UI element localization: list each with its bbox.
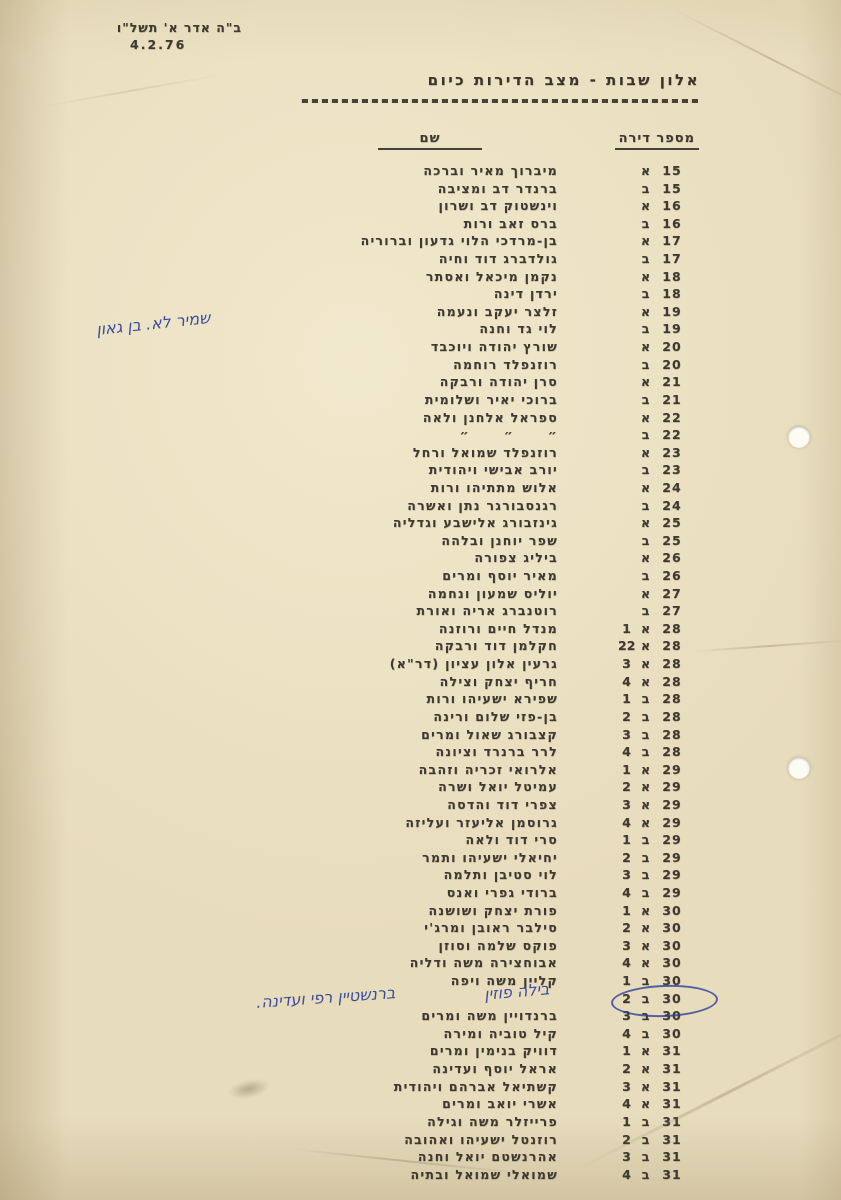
- apartment-sub-number: [618, 268, 635, 286]
- apartment-entrance-letter: א: [635, 197, 656, 215]
- apartment-sub-number: 1: [618, 1113, 635, 1131]
- apartment-entrance-letter: ב: [635, 1148, 656, 1166]
- apartment-sub-number: 3: [618, 866, 635, 884]
- row-name: זלצר יעקב ונעמה: [437, 303, 558, 321]
- numeric-date: 4.2.76: [102, 37, 242, 52]
- row-name: אלוש מתתיהו ורות: [431, 479, 558, 497]
- apartment-sub-number: [618, 391, 635, 409]
- list-item: אראל יוסף ועדינה 2 א 31: [0, 1060, 841, 1078]
- row-name: גולדברג דוד וחיה: [439, 250, 558, 268]
- apartment-entrance-letter: ב: [635, 320, 656, 338]
- row-name: צפרי דוד והדסה: [447, 796, 558, 814]
- apartment-entrance-letter: ב: [635, 602, 656, 620]
- apartment-number: 23: [656, 444, 688, 462]
- row-name: אבוחצירה משה ודליה: [410, 954, 558, 972]
- row-apartment: 1 א 28: [618, 620, 708, 638]
- apartment-number: 29: [656, 796, 688, 814]
- apartment-number: 31: [656, 1095, 688, 1113]
- row-apartment: ב 22: [618, 426, 708, 444]
- row-name: בן-פזי שלום ורינה: [433, 708, 558, 726]
- apartment-number: 18: [656, 285, 688, 303]
- apartment-sub-number: [618, 409, 635, 427]
- row-name: וינשטוק דב ושרון: [439, 197, 558, 215]
- row-apartment: ב 18: [618, 285, 708, 303]
- apartment-sub-number: 1: [618, 761, 635, 779]
- row-apartment: 3 ב 31: [618, 1148, 708, 1166]
- row-name: קצבורג שאול ומרים: [421, 726, 558, 744]
- apartment-number: 28: [656, 708, 688, 726]
- list-item: פורת יצחק ושושנה 1 א 30: [0, 902, 841, 920]
- apartment-entrance-letter: א: [635, 338, 656, 356]
- apartment-sub-number: 1: [618, 902, 635, 920]
- apartment-entrance-letter: א: [635, 373, 656, 391]
- apartment-sub-number: [618, 461, 635, 479]
- apartment-sub-number: 3: [618, 726, 635, 744]
- row-name: קשתיאל אברהם ויהודית: [394, 1078, 558, 1096]
- apartment-sub-number: [618, 285, 635, 303]
- list-item: פוקס שלמה וסוזן 3 א 30: [0, 937, 841, 955]
- apartment-number: 23: [656, 461, 688, 479]
- row-apartment: 22 א 28: [618, 637, 708, 655]
- apartment-number: 31: [656, 1148, 688, 1166]
- list-item: מאיר יוסף ומרים ב 26: [0, 567, 841, 585]
- apartment-number: 31: [656, 1078, 688, 1096]
- apartment-entrance-letter: א: [635, 1095, 656, 1113]
- apartment-sub-number: [618, 479, 635, 497]
- row-name: שורץ יהודה ויוכבד: [431, 338, 558, 356]
- apartment-number: 16: [656, 197, 688, 215]
- apartment-number: 28: [656, 743, 688, 761]
- apartment-number: 29: [656, 831, 688, 849]
- apartment-sub-number: 4: [618, 1095, 635, 1113]
- row-name: גרעין אלון עציון (דר"א): [390, 655, 558, 673]
- apartment-sub-number: [618, 180, 635, 198]
- list-item: דוויק בנימין ומרים 1 א 31: [0, 1042, 841, 1060]
- list-item: בן-פזי שלום ורינה 2 ב 28: [0, 708, 841, 726]
- apartment-sub-number: 3: [618, 1148, 635, 1166]
- row-name: פוקס שלמה וסוזן: [439, 937, 558, 955]
- apartment-entrance-letter: ב: [635, 391, 656, 409]
- list-item: צפרי דוד והדסה 3 א 29: [0, 796, 841, 814]
- apartment-entrance-letter: א: [635, 232, 656, 250]
- apartment-entrance-letter: ב: [635, 1025, 656, 1043]
- row-apartment: 3 ב 29: [618, 866, 708, 884]
- row-apartment: 4 א 29: [618, 814, 708, 832]
- row-apartment: ב 24: [618, 497, 708, 515]
- apartment-entrance-letter: א: [635, 444, 656, 462]
- apartment-sub-number: [618, 338, 635, 356]
- apartment-entrance-letter: ב: [635, 497, 656, 515]
- row-apartment: א 23: [618, 444, 708, 462]
- apartment-number: 26: [656, 549, 688, 567]
- list-item: חריף יצחק וצילה 4 א 28: [0, 673, 841, 691]
- row-name: פרייזלר משה וגילה: [427, 1113, 558, 1131]
- apartment-entrance-letter: א: [635, 162, 656, 180]
- row-name: לוי סטיבן ותלמה: [444, 866, 558, 884]
- row-apartment: 2 א 29: [618, 778, 708, 796]
- hole-punch-top: [788, 426, 810, 448]
- list-item: אלרואי זכריה וזהבה 1 א 29: [0, 761, 841, 779]
- list-item: רוזנפלד רוחמה ב 20: [0, 356, 841, 374]
- apartment-sub-number: 4: [618, 673, 635, 691]
- row-apartment: 4 א 28: [618, 673, 708, 691]
- scanned-page: ב"ה אדר א' תשל"ו 4.2.76 אלון שבות - מצב …: [0, 0, 841, 1200]
- apartment-number: 26: [656, 567, 688, 585]
- apartment-entrance-letter: ב: [635, 743, 656, 761]
- apartment-sub-number: 4: [618, 1166, 635, 1184]
- apartment-number: 24: [656, 497, 688, 515]
- list-item: סרן יהודה ורבקה א 21: [0, 373, 841, 391]
- list-item: שפירא ישעיהו ורות 1 ב 28: [0, 690, 841, 708]
- apartment-sub-number: 4: [618, 743, 635, 761]
- apartment-entrance-letter: ב: [635, 532, 656, 550]
- list-item: קיל טוביה ומירה 4 ב 30: [0, 1025, 841, 1043]
- row-name: חריף יצחק וצילה: [440, 673, 558, 691]
- list-item: יוליס שמעון ונחמה א 27: [0, 585, 841, 603]
- apartment-entrance-letter: ב: [635, 426, 656, 444]
- apartment-entrance-letter: ב: [635, 690, 656, 708]
- apartment-entrance-letter: א: [635, 514, 656, 532]
- apartment-sub-number: [618, 197, 635, 215]
- list-item: גרעין אלון עציון (דר"א) 3 א 28: [0, 655, 841, 673]
- apartment-sub-number: 3: [618, 1078, 635, 1096]
- apartment-sub-number: 3: [618, 796, 635, 814]
- row-name: נקמן מיכאל ואסתר: [426, 268, 558, 286]
- row-name: ברנדר דב ומציבה: [438, 180, 558, 198]
- apartment-number: 31: [656, 1166, 688, 1184]
- page-title: אלון שבות - מצב הדירות כיום: [428, 71, 700, 89]
- apartment-number: 29: [656, 778, 688, 796]
- row-apartment: ב 17: [618, 250, 708, 268]
- apartment-entrance-letter: ב: [635, 461, 656, 479]
- rows-list: מיברוך מאיר וברכה א 15 ברנדר דב ומציבה ב…: [0, 162, 841, 1183]
- apartment-entrance-letter: ב: [635, 866, 656, 884]
- list-item: עמיטל יואל ושרה 2 א 29: [0, 778, 841, 796]
- paper-crease: [41, 74, 219, 107]
- row-name: רוטנברג אריה ואורת: [417, 602, 558, 620]
- column-header-apartment: מספר דירה: [615, 131, 699, 150]
- row-apartment: א 25: [618, 514, 708, 532]
- apartment-number: 25: [656, 514, 688, 532]
- apartment-number: 24: [656, 479, 688, 497]
- row-name: סילבר ראובן ומרג'י: [424, 919, 558, 937]
- apartment-number: 28: [656, 690, 688, 708]
- row-apartment: 4 ב 29: [618, 884, 708, 902]
- list-item: רוטנברג אריה ואורת ב 27: [0, 602, 841, 620]
- row-apartment: 3 א 28: [618, 655, 708, 673]
- row-name: אלרואי זכריה וזהבה: [419, 761, 558, 779]
- column-header-name: שם: [378, 131, 482, 150]
- apartment-sub-number: 2: [618, 919, 635, 937]
- row-apartment: 3 א 30: [618, 937, 708, 955]
- row-name: רוזנטל ישעיהו ואהובה: [404, 1131, 558, 1149]
- row-apartment: א 16: [618, 197, 708, 215]
- row-apartment: ב 19: [618, 320, 708, 338]
- hebrew-date: ב"ה אדר א' תשל"ו: [102, 20, 242, 35]
- row-name: חקלמן דוד ורבקה: [435, 637, 558, 655]
- row-apartment: א 20: [618, 338, 708, 356]
- row-name: שפר יוחנן ובלהה: [441, 532, 558, 550]
- list-item: לרר ברנרד וציונה 4 ב 28: [0, 743, 841, 761]
- row-apartment: א 15: [618, 162, 708, 180]
- apartment-number: 15: [656, 180, 688, 198]
- list-item: אלוש מתתיהו ורות א 24: [0, 479, 841, 497]
- apartment-entrance-letter: א: [635, 655, 656, 673]
- apartment-sub-number: 3: [618, 655, 635, 673]
- list-item: ״ ״ ״ ב 22: [0, 426, 841, 444]
- apartment-entrance-letter: ב: [635, 356, 656, 374]
- row-apartment: ב 25: [618, 532, 708, 550]
- apartment-number: 29: [656, 814, 688, 832]
- list-item: ברודי גפרי ואנס 4 ב 29: [0, 884, 841, 902]
- apartment-entrance-letter: א: [635, 268, 656, 286]
- apartment-number: 28: [656, 637, 688, 655]
- list-item: מנדל חיים ורוזנה 1 א 28: [0, 620, 841, 638]
- apartment-sub-number: [618, 232, 635, 250]
- apartment-sub-number: [618, 567, 635, 585]
- row-name: מיברוך מאיר וברכה: [423, 162, 558, 180]
- list-item: יחיאלי ישעיהו ותמר 2 ב 29: [0, 849, 841, 867]
- list-item: נקמן מיכאל ואסתר א 18: [0, 268, 841, 286]
- row-apartment: ב 21: [618, 391, 708, 409]
- apartment-entrance-letter: ב: [635, 285, 656, 303]
- row-name: לרר ברנרד וציונה: [436, 743, 558, 761]
- row-name: ברוכי יאיר ושלומית: [425, 391, 558, 409]
- apartment-sub-number: 4: [618, 814, 635, 832]
- row-name: מאיר יוסף ומרים: [442, 567, 558, 585]
- apartment-sub-number: [618, 585, 635, 603]
- list-item: ירדן דינה ב 18: [0, 285, 841, 303]
- row-name: אראל יוסף ועדינה: [432, 1060, 558, 1078]
- list-item: גינזבורג אלישבע וגדליה א 25: [0, 514, 841, 532]
- row-name: ירדן דינה: [494, 285, 558, 303]
- list-item: אבוחצירה משה ודליה 4 א 30: [0, 954, 841, 972]
- apartment-entrance-letter: א: [635, 902, 656, 920]
- apartment-number: 28: [656, 673, 688, 691]
- list-item: קצבורג שאול ומרים 3 ב 28: [0, 726, 841, 744]
- row-apartment: ב 27: [618, 602, 708, 620]
- row-name: רוזנפלד רוחמה: [453, 356, 558, 374]
- row-apartment: ב 16: [618, 215, 708, 233]
- row-apartment: 2 א 30: [618, 919, 708, 937]
- hole-punch-bottom: [788, 757, 810, 779]
- apartment-number: 29: [656, 884, 688, 902]
- row-name: דוויק בנימין ומרים: [430, 1042, 558, 1060]
- apartment-sub-number: [618, 320, 635, 338]
- apartment-entrance-letter: א: [635, 303, 656, 321]
- row-apartment: 1 ב 31: [618, 1113, 708, 1131]
- apartment-entrance-letter: א: [635, 954, 656, 972]
- apartment-entrance-letter: א: [635, 479, 656, 497]
- apartment-sub-number: 1: [618, 690, 635, 708]
- list-item: גרוסמן אליעזר ועליזה 4 א 29: [0, 814, 841, 832]
- apartment-number: 16: [656, 215, 688, 233]
- row-apartment: א 18: [618, 268, 708, 286]
- apartment-sub-number: 2: [618, 708, 635, 726]
- title-underline: [301, 99, 700, 103]
- apartment-number: 21: [656, 391, 688, 409]
- apartment-entrance-letter: א: [635, 1060, 656, 1078]
- row-name: עמיטל יואל ושרה: [438, 778, 558, 796]
- apartment-sub-number: [618, 215, 635, 233]
- list-item: יורב אבישי ויהודית ב 23: [0, 461, 841, 479]
- apartment-entrance-letter: ב: [635, 180, 656, 198]
- row-apartment: א 26: [618, 549, 708, 567]
- apartment-sub-number: [618, 532, 635, 550]
- row-apartment: 1 א 30: [618, 902, 708, 920]
- list-item: רוזנטל ישעיהו ואהובה 2 ב 31: [0, 1131, 841, 1149]
- apartment-number: 17: [656, 232, 688, 250]
- apartment-entrance-letter: א: [635, 796, 656, 814]
- apartment-sub-number: [618, 444, 635, 462]
- row-apartment: 4 ב 31: [618, 1166, 708, 1184]
- apartment-sub-number: [618, 303, 635, 321]
- apartment-sub-number: [618, 250, 635, 268]
- apartment-sub-number: 4: [618, 1025, 635, 1043]
- row-apartment: 1 ב 28: [618, 690, 708, 708]
- apartment-entrance-letter: ב: [635, 831, 656, 849]
- row-name: לוי גד וחנה: [479, 320, 558, 338]
- apartment-number: 28: [656, 620, 688, 638]
- apartment-entrance-letter: ב: [635, 215, 656, 233]
- row-apartment: 2 ב 29: [618, 849, 708, 867]
- apartment-sub-number: 1: [618, 620, 635, 638]
- list-item: ברנדר דב ומציבה ב 15: [0, 180, 841, 198]
- list-item: שמואלי שמואל ובתיה 4 ב 31: [0, 1166, 841, 1184]
- list-item: קליין משה ויפה 1 ב 30: [0, 972, 841, 990]
- apartment-number: 31: [656, 1042, 688, 1060]
- apartment-number: 15: [656, 162, 688, 180]
- apartment-number: 18: [656, 268, 688, 286]
- list-item: רגנסבורגר נתן ואשרה ב 24: [0, 497, 841, 515]
- row-name: רוזנפלד שמואל ורחל: [413, 444, 558, 462]
- row-apartment: ב 23: [618, 461, 708, 479]
- row-name: ברס זאב ורות: [464, 215, 558, 233]
- apartment-sub-number: 4: [618, 954, 635, 972]
- row-name: יוליס שמעון ונחמה: [428, 585, 558, 603]
- row-apartment: א 22: [618, 409, 708, 427]
- apartment-number: 30: [656, 902, 688, 920]
- apartment-sub-number: 2: [618, 849, 635, 867]
- apartment-sub-number: [618, 373, 635, 391]
- row-apartment: א 21: [618, 373, 708, 391]
- list-item: גולדברג דוד וחיה ב 17: [0, 250, 841, 268]
- list-item: ברס זאב ורות ב 16: [0, 215, 841, 233]
- apartment-number: 19: [656, 303, 688, 321]
- apartment-entrance-letter: א: [635, 919, 656, 937]
- row-apartment: ב 26: [618, 567, 708, 585]
- apartment-number: 30: [656, 937, 688, 955]
- apartment-sub-number: 1: [618, 972, 635, 990]
- list-item: מיברוך מאיר וברכה א 15: [0, 162, 841, 180]
- row-apartment: ב 20: [618, 356, 708, 374]
- apartment-entrance-letter: א: [635, 620, 656, 638]
- apartment-number: 30: [656, 919, 688, 937]
- apartment-entrance-letter: ב: [635, 884, 656, 902]
- apartment-sub-number: 4: [618, 884, 635, 902]
- apartment-entrance-letter: א: [635, 585, 656, 603]
- list-item: בן-מרדכי הלוי גדעון וברוריה א 17: [0, 232, 841, 250]
- row-name: פורת יצחק ושושנה: [428, 902, 558, 920]
- apartment-entrance-letter: ב: [635, 849, 656, 867]
- row-apartment: 2 ב 28: [618, 708, 708, 726]
- apartment-sub-number: [618, 514, 635, 532]
- row-name: קיל טוביה ומירה: [444, 1025, 558, 1043]
- list-item: ברנדויין משה ומרים 3 ב 30: [0, 1007, 841, 1025]
- row-name: ברודי גפרי ואנס: [447, 884, 558, 902]
- row-name: סרן יהודה ורבקה: [440, 373, 558, 391]
- list-item: וינשטוק דב ושרון א 16: [0, 197, 841, 215]
- apartment-number: 31: [656, 1060, 688, 1078]
- apartment-number: 22: [656, 409, 688, 427]
- row-name: גרוסמן אליעזר ועליזה: [405, 814, 558, 832]
- apartment-number: 19: [656, 320, 688, 338]
- apartment-number: 20: [656, 356, 688, 374]
- apartment-sub-number: [618, 162, 635, 180]
- apartment-sub-number: 1: [618, 831, 635, 849]
- apartment-number: 29: [656, 761, 688, 779]
- list-item: סילבר ראובן ומרג'י 2 א 30: [0, 919, 841, 937]
- row-apartment: 4 ב 28: [618, 743, 708, 761]
- row-apartment: ב 15: [618, 180, 708, 198]
- apartment-entrance-letter: א: [635, 761, 656, 779]
- list-item: סרי דוד ולאה 1 ב 29: [0, 831, 841, 849]
- apartment-number: 30: [656, 954, 688, 972]
- row-name: יחיאלי ישעיהו ותמר: [422, 849, 558, 867]
- row-name: ספראל אלחנן ולאה: [423, 409, 558, 427]
- apartment-entrance-letter: ב: [635, 250, 656, 268]
- apartment-number: 20: [656, 338, 688, 356]
- list-item: רוזנפלד שמואל ורחל א 23: [0, 444, 841, 462]
- apartment-entrance-letter: ב: [635, 567, 656, 585]
- apartment-number: 17: [656, 250, 688, 268]
- apartment-number: 29: [656, 849, 688, 867]
- row-name: אשרי יואב ומרים: [442, 1095, 558, 1113]
- row-apartment: 1 א 29: [618, 761, 708, 779]
- row-name: מנדל חיים ורוזנה: [439, 620, 558, 638]
- row-apartment: א 17: [618, 232, 708, 250]
- apartment-number: 25: [656, 532, 688, 550]
- row-apartment: א 19: [618, 303, 708, 321]
- row-apartment: 4 א 30: [618, 954, 708, 972]
- apartment-entrance-letter: א: [635, 1042, 656, 1060]
- apartment-sub-number: 3: [618, 937, 635, 955]
- list-item: לוי סטיבן ותלמה 3 ב 29: [0, 866, 841, 884]
- apartment-entrance-letter: א: [635, 409, 656, 427]
- apartment-number: 22: [656, 426, 688, 444]
- apartment-number: 27: [656, 585, 688, 603]
- apartment-sub-number: 2: [618, 1060, 635, 1078]
- row-apartment: 3 ב 28: [618, 726, 708, 744]
- apartment-entrance-letter: א: [635, 1078, 656, 1096]
- date-note: ב"ה אדר א' תשל"ו 4.2.76: [102, 20, 242, 52]
- apartment-number: 31: [656, 1131, 688, 1149]
- row-name: יורב אבישי ויהודית: [429, 461, 558, 479]
- row-apartment: 3 א 29: [618, 796, 708, 814]
- row-name: בן-מרדכי הלוי גדעון וברוריה: [361, 232, 558, 250]
- row-apartment: 1 א 31: [618, 1042, 708, 1060]
- row-name: גינזבורג אלישבע וגדליה: [393, 514, 558, 532]
- apartment-number: 28: [656, 726, 688, 744]
- apartment-number: 27: [656, 602, 688, 620]
- apartment-entrance-letter: א: [635, 549, 656, 567]
- apartment-sub-number: 22: [618, 637, 635, 655]
- list-item: שפר יוחנן ובלהה ב 25: [0, 532, 841, 550]
- row-apartment: א 24: [618, 479, 708, 497]
- apartment-entrance-letter: א: [635, 814, 656, 832]
- list-item: קשתיאל אברהם ויהודית 3 א 31: [0, 1078, 841, 1096]
- apartment-sub-number: 1: [618, 1042, 635, 1060]
